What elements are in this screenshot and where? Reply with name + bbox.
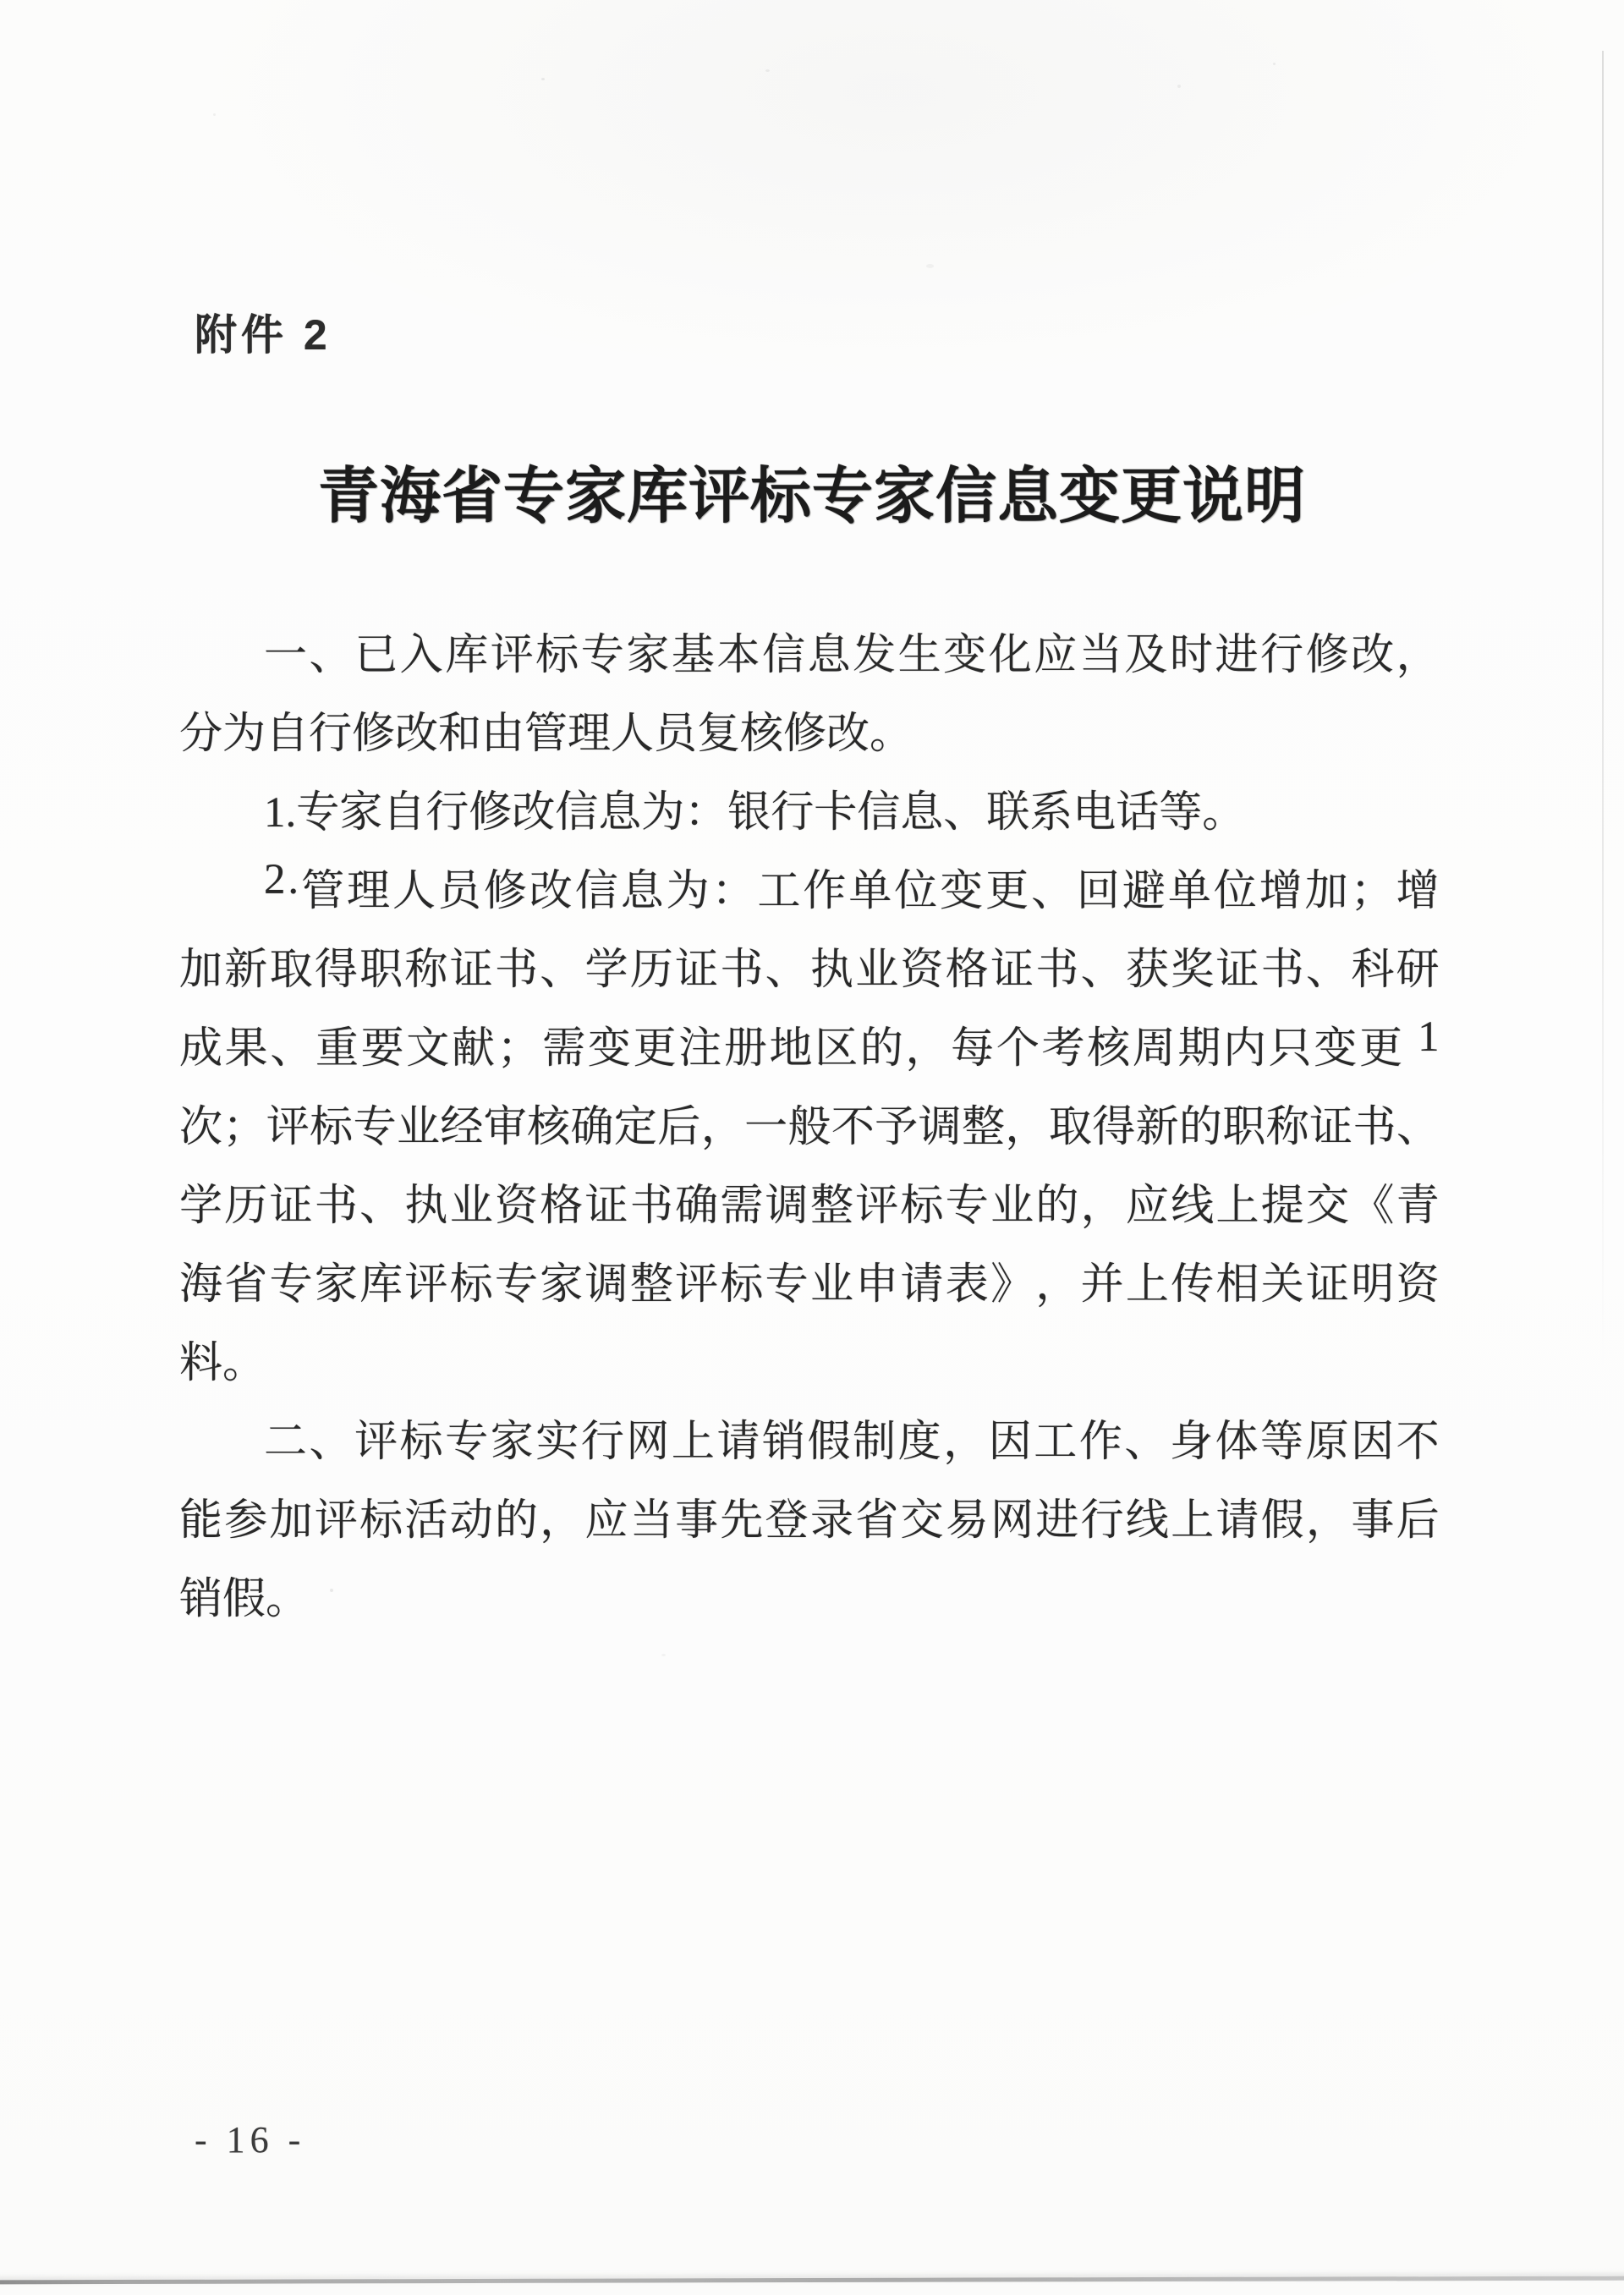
text-line: 1.专家自行修改信息为：银行卡信息、联系电话等。 <box>179 768 1440 847</box>
text-line: 学历证书、执业资格证书确需调整评标专业的，应线上提交《青 <box>179 1161 1440 1240</box>
text-line: 销假。 <box>179 1555 1440 1633</box>
text-line: 料。 <box>179 1319 1440 1397</box>
text-line: 次；评标专业经审核确定后，一般不予调整，取得新的职称证书、 <box>179 1083 1440 1161</box>
text-line: 一、已入库评标专家基本信息发生变化应当及时进行修改， <box>179 611 1440 689</box>
scan-speck <box>765 69 770 72</box>
text-line: 二、评标专家实行网上请销假制度，因工作、身体等原因不 <box>179 1397 1440 1476</box>
scan-speck <box>1273 63 1276 65</box>
attachment-label: 附件 2 <box>195 301 332 362</box>
text-line: 成果、重要文献；需变更注册地区的，每个考核周期内只变更 1 <box>179 1004 1440 1083</box>
scan-speck <box>541 78 545 80</box>
text-line: 加新取得职称证书、学历证书、执业资格证书、获奖证书、科研 <box>179 925 1440 1004</box>
text-line: 海省专家库评标专家调整评标专业申请表》，并上传相关证明资 <box>179 1240 1440 1319</box>
scan-speck <box>213 113 216 116</box>
scan-speck <box>330 1589 333 1592</box>
scan-speck <box>1177 85 1181 88</box>
page-number: - 16 - <box>195 2118 305 2161</box>
scan-speck <box>661 1654 666 1656</box>
scan-edge-shadow-line <box>0 2276 1624 2285</box>
document-body: 一、已入库评标专家基本信息发生变化应当及时进行修改，分为自行修改和由管理人员复核… <box>179 611 1440 1633</box>
document-page: 附件 2 青海省专家库评标专家信息变更说明 一、已入库评标专家基本信息发生变化应… <box>0 0 1624 2295</box>
text-line: 分为自行修改和由管理人员复核修改。 <box>179 689 1440 768</box>
scan-speck <box>926 264 934 268</box>
scan-artifact-vertical-line <box>1602 51 1604 1370</box>
text-line: 2.管理人员修改信息为：工作单位变更、回避单位增加；增 <box>179 847 1440 925</box>
text-line: 能参加评标活动的，应当事先登录省交易网进行线上请假，事后 <box>179 1476 1440 1555</box>
page-title: 青海省专家库评标专家信息变更说明 <box>0 447 1624 535</box>
